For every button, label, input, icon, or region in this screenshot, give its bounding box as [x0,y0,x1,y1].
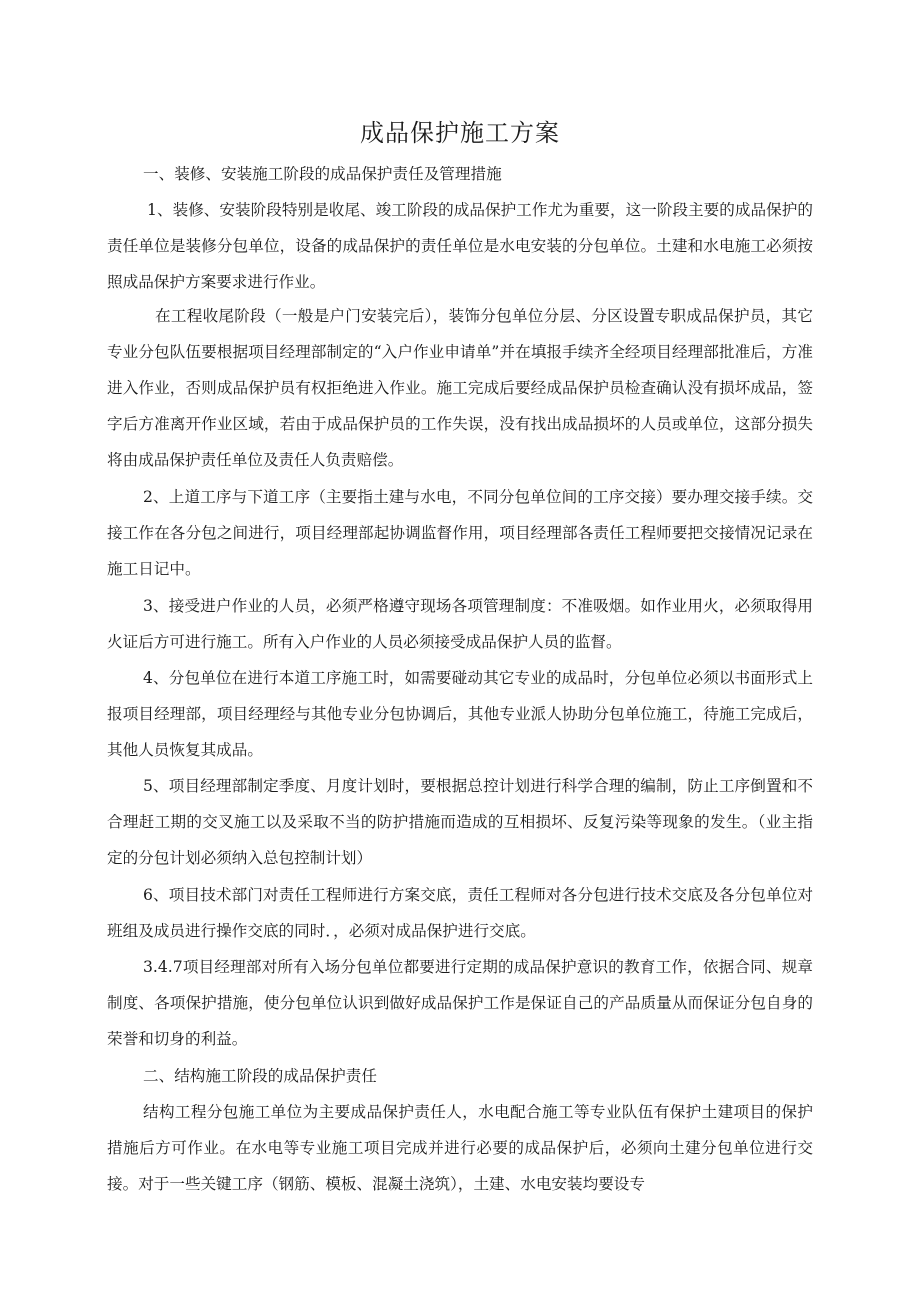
document-title: 成品保护施工方案 [107,118,813,148]
paragraph-1: 1、装修、安装阶段特别是收尾、竣工阶段的成品保护工作尤为重要，这一阶段主要的成品… [107,192,813,300]
paragraph-9: 结构工程分包施工单位为主要成品保护责任人，水电配合施工等专业队伍有保护土建项目的… [107,1094,813,1202]
paragraph-5: 4、分包单位在进行本道工序施工时，如需要碰动其它专业的成品时，分包单位必须以书面… [107,660,813,768]
section-1-heading: 一、装修、安装施工阶段的成品保护责任及管理措施 [107,156,813,192]
paragraph-4: 3、接受进户作业的人员，必须严格遵守现场各项管理制度：不准吸烟。如作业用火，必须… [107,588,813,660]
paragraph-6: 5、项目经理部制定季度、月度计划时，要根据总控计划进行科学合理的编制，防止工序倒… [107,768,813,876]
section-2-heading: 二、结构施工阶段的成品保护责任 [107,1058,813,1094]
paragraph-8: 3.4.7项目经理部对所有入场分包单位都要进行定期的成品保护意识的教育工作，依据… [107,949,813,1057]
paragraph-2: 在工程收尾阶段（一般是户门安装完后），装饰分包单位分层、分区设置专职成品保护员，… [107,298,813,478]
paragraph-3: 2、上道工序与下道工序（主要指土建与水电，不同分包单位间的工序交接）要办理交接手… [107,479,813,587]
paragraph-7: 6、项目技术部门对责任工程师进行方案交底，责任工程师对各分包进行技术交底及各分包… [107,877,813,949]
